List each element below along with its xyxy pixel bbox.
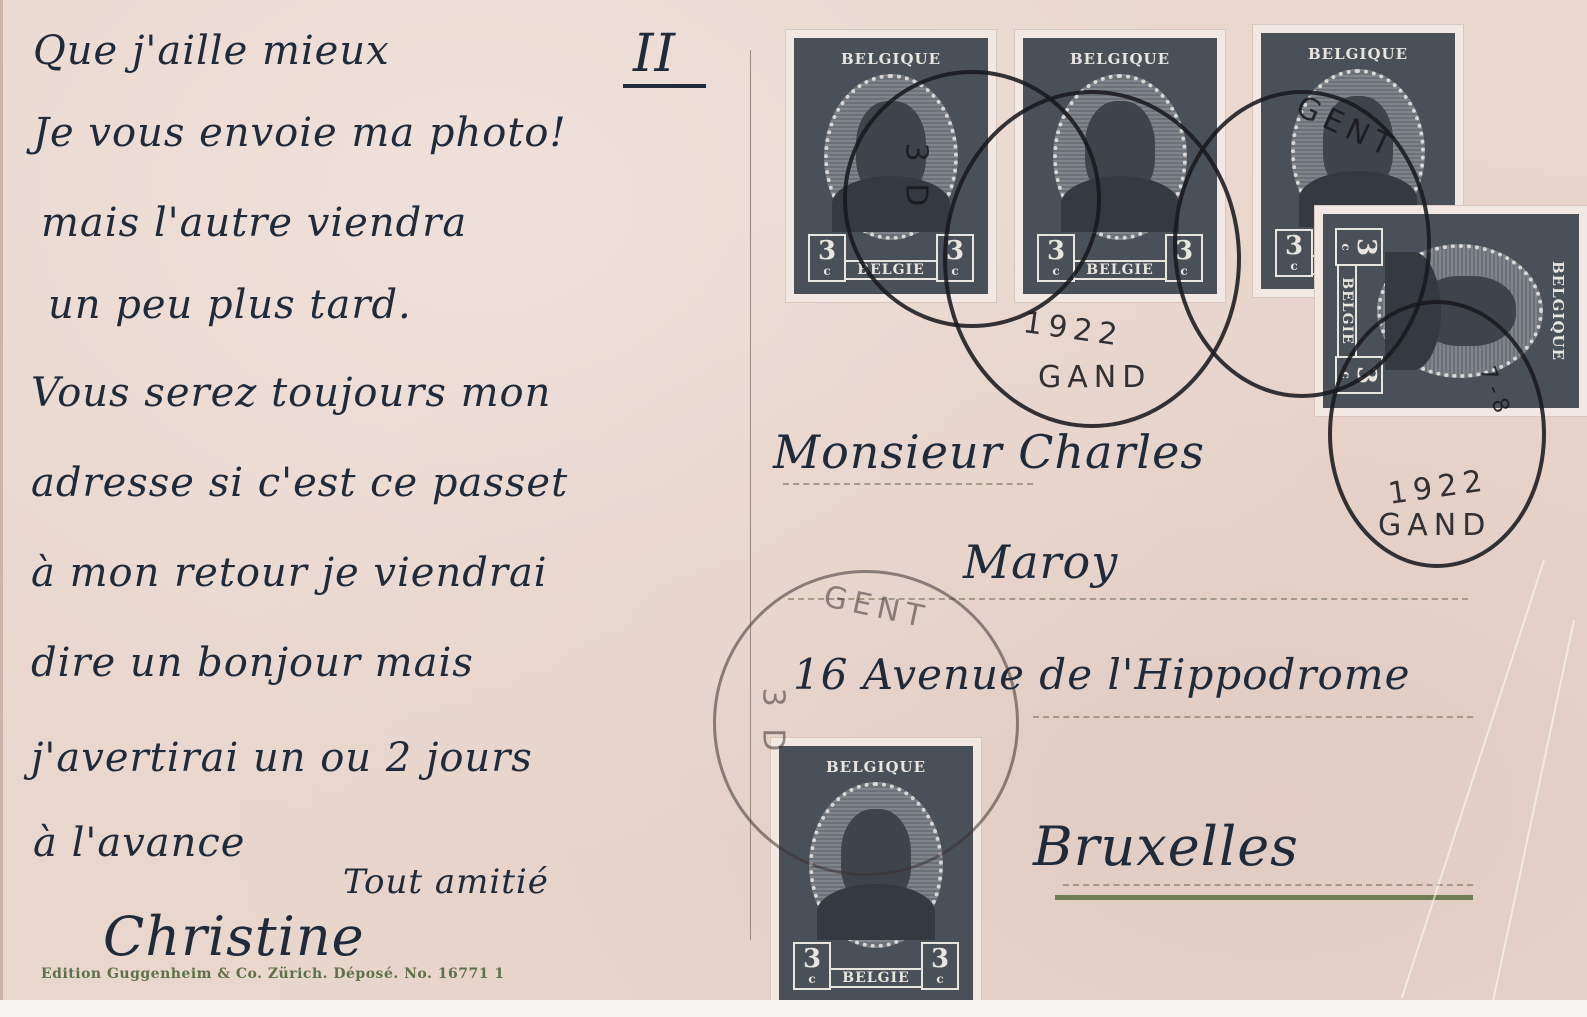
address-line: Monsieur Charles [773,425,1205,479]
closing: Tout amitié [343,862,549,902]
address-rule [783,483,1033,485]
green-rule [1055,895,1473,900]
postmark-city: GAND [1378,508,1491,543]
signature: Christine [103,905,365,968]
address-line: Maroy [963,535,1118,589]
paper-crease [1401,560,1545,998]
message-line: j'avertirai un ou 2 jours [31,735,533,781]
message-line: à mon retour je viendrai [31,550,548,596]
address-line: Bruxelles [1033,815,1299,878]
message-line: Je vous envoie ma photo! [33,110,567,156]
publisher-imprint: Edition Guggenheim & Co. Zürich. Déposé.… [41,966,505,982]
message-line: à l'avance [33,820,245,866]
postmark-city: GAND [1038,360,1151,395]
postcard-back: Que j'aille mieux II Je vous envoie ma p… [0,0,1587,1005]
message-line: mais l'autre viendra [41,200,467,246]
message-line: dire un bonjour mais [31,640,474,686]
postmark-date: 3 D [755,688,790,758]
paper-crease [1490,620,1575,1012]
message-line: adresse si c'est ce passet [31,460,568,506]
postmark-date: 3 D [898,143,933,213]
address-rule [1063,884,1473,886]
message-line: Vous serez toujours mon [31,370,551,416]
page-mark: II [623,24,706,88]
message-line: Que j'aille mieux [33,28,390,74]
message-line: un peu plus tard. [48,282,412,328]
address-rule [1033,716,1473,718]
card-edge [0,1000,1587,1017]
